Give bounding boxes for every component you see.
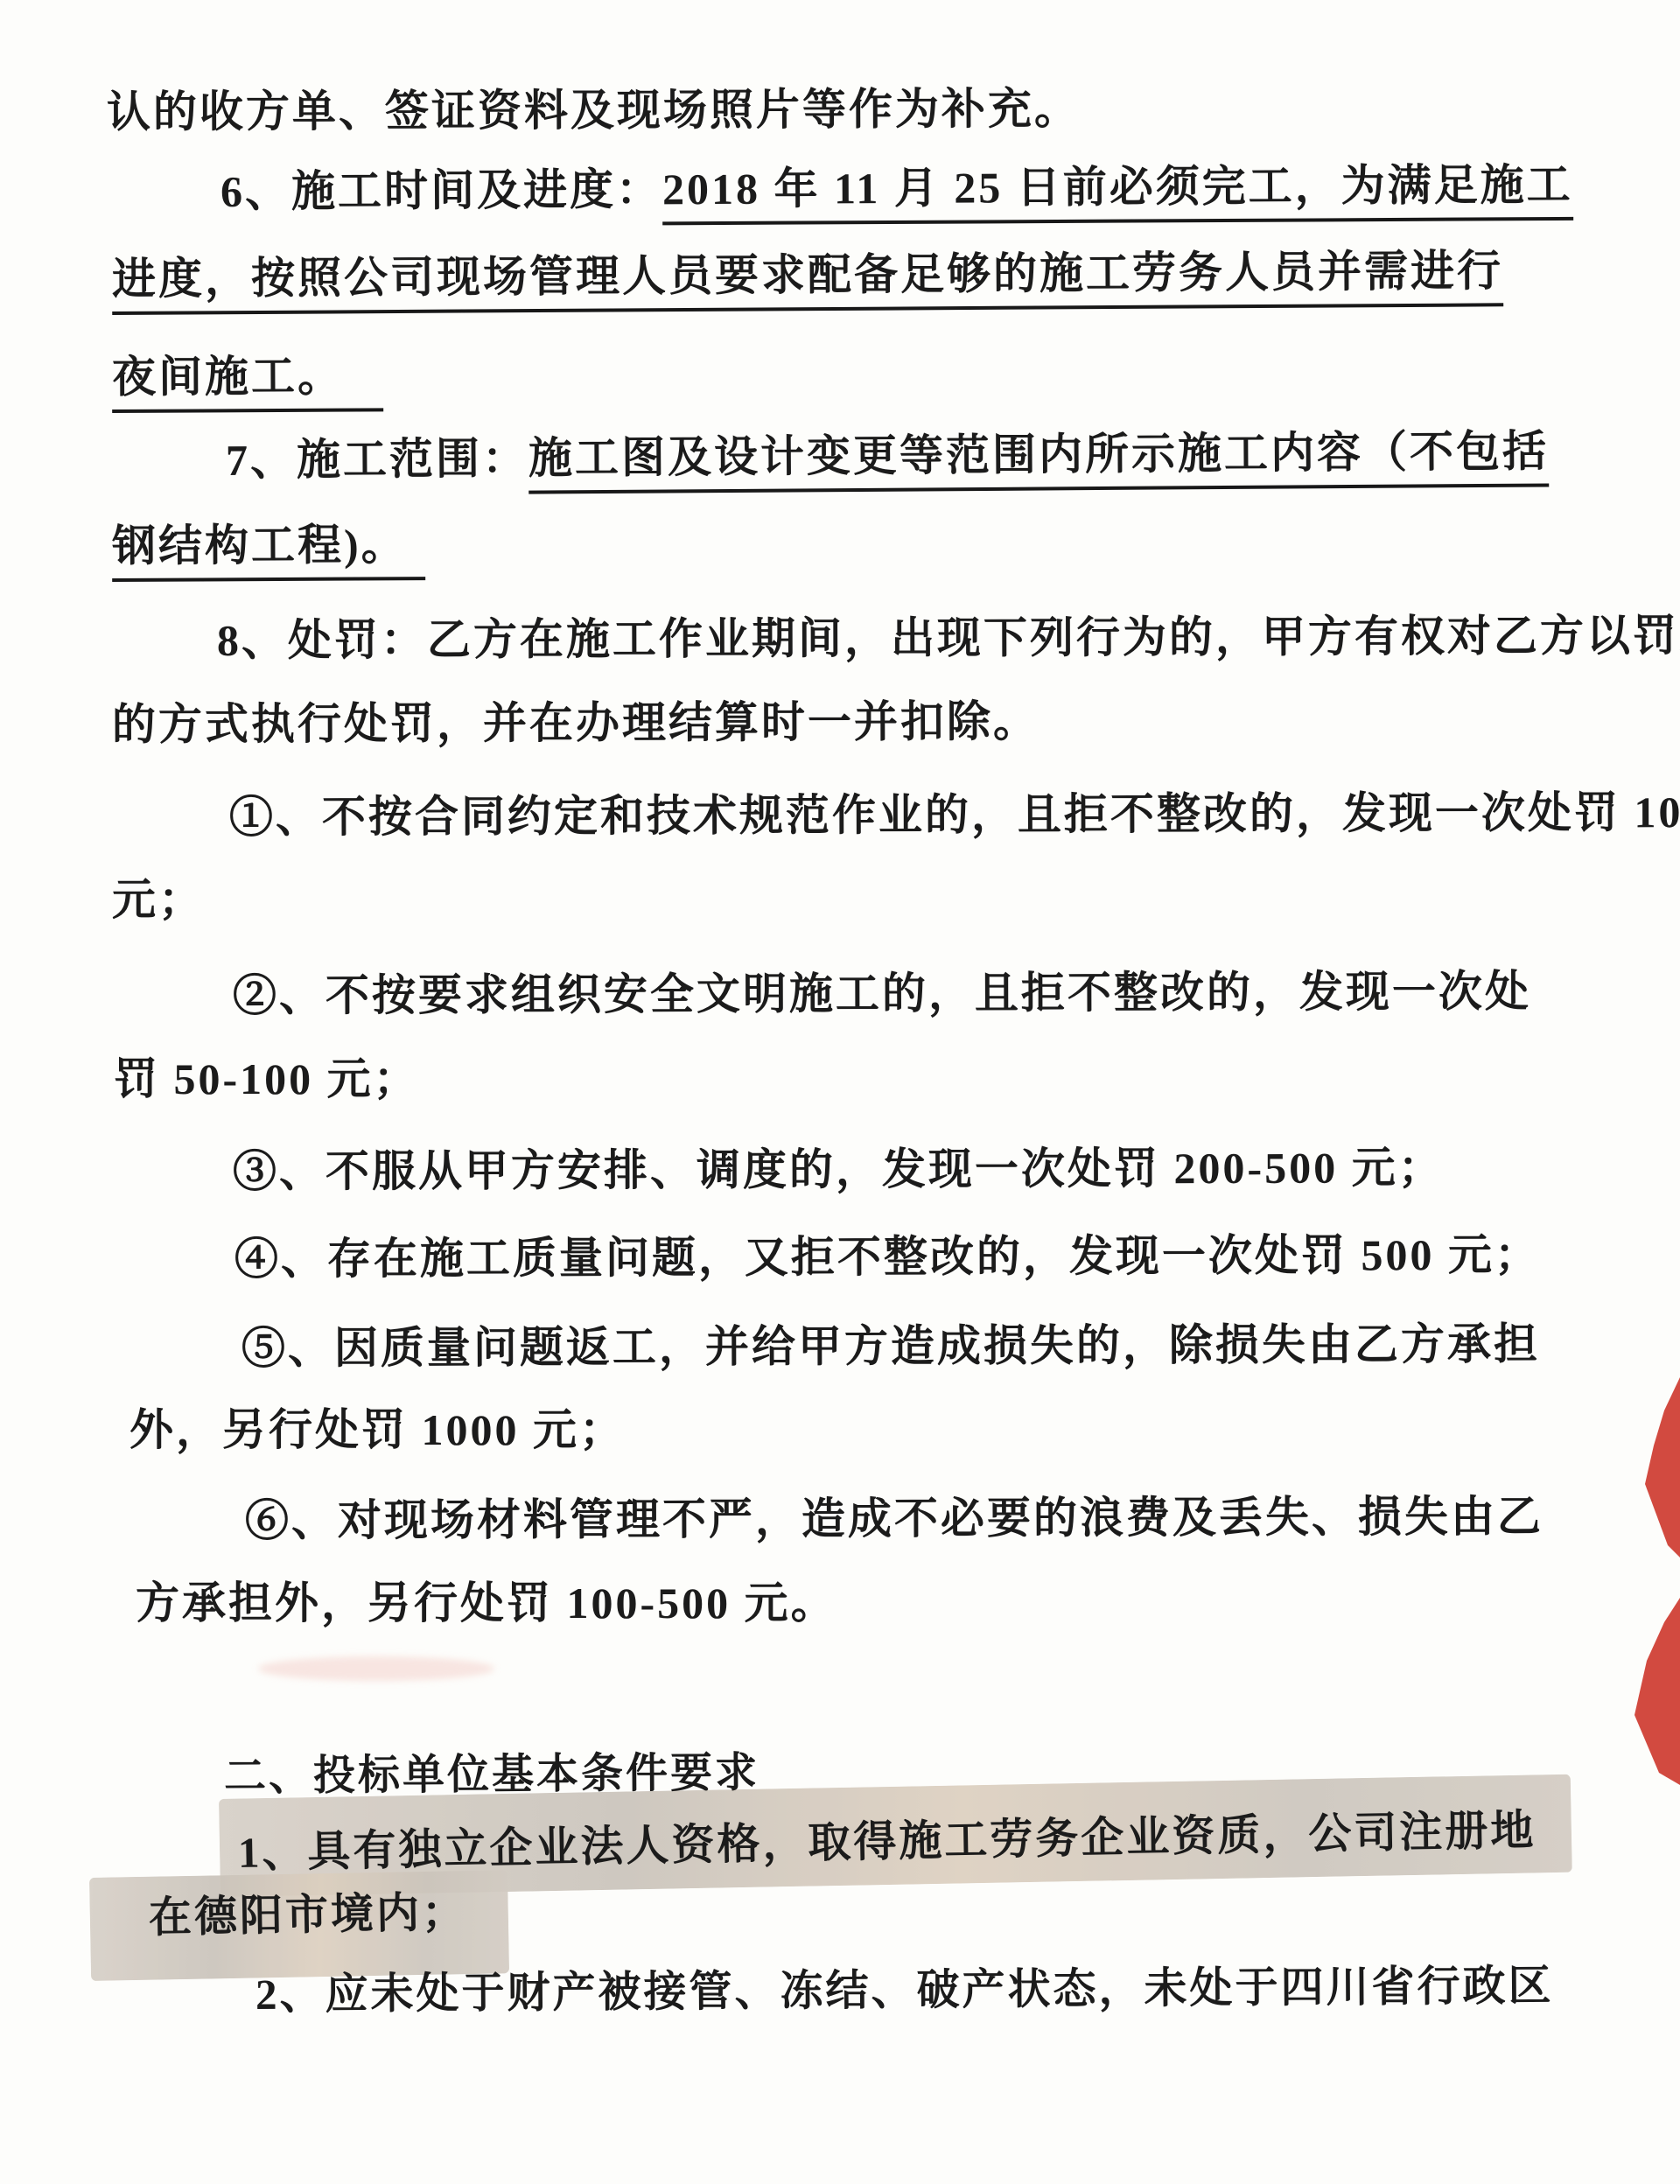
bidder-req-2: 2、应未处于财产被接管、冻结、破产状态，未处于四川省行政区 [255, 1958, 1554, 2023]
penalty-2-continuation: 罚 50-100 元； [114, 1051, 420, 1108]
bidder-req-1-continuation-text: 在德阳市境内； [149, 1888, 468, 1942]
item-6-continuation-1: 进度，按照公司现场管理人员要求配备足够的施工劳务人员并需进行 [112, 242, 1503, 308]
item-7-continuation: 钢结构工程)。 [112, 516, 425, 575]
bidder-req-2-text: 2、应未处于财产被接管、冻结、破产状态，未处于四川省行政区 [255, 1962, 1554, 2019]
item-7-construction-scope-text: 施工图及设计变更等范围内所示施工内容（不包括 [528, 426, 1549, 493]
penalty-1-text: ①、不按合同约定和技术规范作业的，且拒不整改的，发现一次处罚 1000 [229, 787, 1680, 842]
penalty-1: ①、不按合同约定和技术规范作业的，且拒不整改的，发现一次处罚 1000 [229, 784, 1680, 846]
penalty-1-continuation: 元； [112, 871, 205, 928]
section-2-heading-text: 二、投标单位基本条件要求 [224, 1750, 759, 1800]
item-6-continuation-1-text: 进度，按照公司现场管理人员要求配备足够的施工劳务人员并需进行 [112, 246, 1503, 315]
penalty-1-continuation-text: 元； [112, 875, 205, 924]
penalty-2-continuation-text: 罚 50-100 元； [114, 1054, 420, 1103]
item-8-penalty-text: 8、处罚：乙方在施工作业期间，出现下列行为的，甲方有权对乙方以罚款 [217, 611, 1680, 665]
pink-smudge [258, 1656, 494, 1681]
penalty-4-text: ④、存在施工质量问题，又拒不整改的，发现一次处罚 500 元； [234, 1230, 1541, 1284]
item-6-construction-time-text: 6、施工时间及进度： [220, 164, 662, 216]
red-stamp-fragment-icon [1624, 1372, 1680, 1785]
penalty-3: ③、不服从甲方安排、调度的，发现一次处罚 200-500 元； [233, 1139, 1445, 1200]
penalty-6-continuation-text: 方承担外，另行处罚 100-500 元。 [136, 1578, 837, 1627]
line-supplement-tail: 认的收方单、签证资料及现场照片等作为补充。 [107, 80, 1081, 141]
bidder-req-1-continuation: 在德阳市境内； [148, 1885, 467, 1946]
item-6-construction-time: 6、施工时间及进度：2018 年 11 月 25 日前必须完工，为满足施工 [220, 157, 1573, 220]
item-8-continuation: 的方式执行处罚，并在办理结算时一并扣除。 [112, 693, 1039, 753]
penalty-5-text: ⑤、因质量问题返工，并给甲方造成损失的，除损失由乙方承担 [241, 1319, 1540, 1373]
document-page: 认的收方单、签证资料及现场照片等作为补充。6、施工时间及进度：2018 年 11… [0, 0, 1680, 2184]
item-6-continuation-2: 夜间施工。 [112, 347, 383, 406]
penalty-3-text: ③、不服从甲方安排、调度的，发现一次处罚 200-500 元； [233, 1143, 1445, 1196]
item-7-construction-scope-text: 7、施工范围： [226, 434, 528, 485]
penalty-5-continuation: 外，另行处罚 1000 元； [129, 1402, 626, 1459]
item-8-continuation-text: 的方式执行处罚，并在办理结算时一并扣除。 [112, 696, 1039, 749]
item-7-continuation-text: 钢结构工程)。 [112, 520, 425, 582]
item-7-construction-scope: 7、施工范围：施工图及设计变更等范围内所示施工内容（不包括 [226, 423, 1549, 489]
penalty-4: ④、存在施工质量问题，又拒不整改的，发现一次处罚 500 元； [234, 1227, 1541, 1288]
stamp-fragment-lower [1634, 1598, 1680, 1785]
item-6-construction-time-text: 2018 年 11 月 25 日前必须完工，为满足施工 [662, 160, 1573, 225]
section-2-heading: 二、投标单位基本条件要求 [224, 1746, 759, 1805]
penalty-2: ②、不按要求组织安全文明施工的，且拒不整改的，发现一次处 [233, 963, 1531, 1025]
penalty-6-text: ⑥、对现场材料管理不严，造成不必要的浪费及丢失、损失由乙 [245, 1492, 1543, 1545]
line-supplement-tail-text: 认的收方单、签证资料及现场照片等作为补充。 [107, 84, 1081, 136]
penalty-5-continuation-text: 外，另行处罚 1000 元； [129, 1405, 626, 1454]
stamp-fragment-upper [1645, 1377, 1680, 1557]
penalty-5: ⑤、因质量问题返工，并给甲方造成损失的，除损失由乙方承担 [241, 1316, 1540, 1377]
item-6-continuation-2-text: 夜间施工。 [112, 351, 383, 413]
item-8-penalty: 8、处罚：乙方在施工作业期间，出现下列行为的，甲方有权对乙方以罚款 [217, 607, 1680, 669]
penalty-6: ⑥、对现场材料管理不严，造成不必要的浪费及丢失、损失由乙 [245, 1488, 1543, 1550]
penalty-2-text: ②、不按要求组织安全文明施工的，且拒不整改的，发现一次处 [233, 967, 1531, 1020]
penalty-6-continuation: 方承担外，另行处罚 100-500 元。 [136, 1575, 837, 1632]
